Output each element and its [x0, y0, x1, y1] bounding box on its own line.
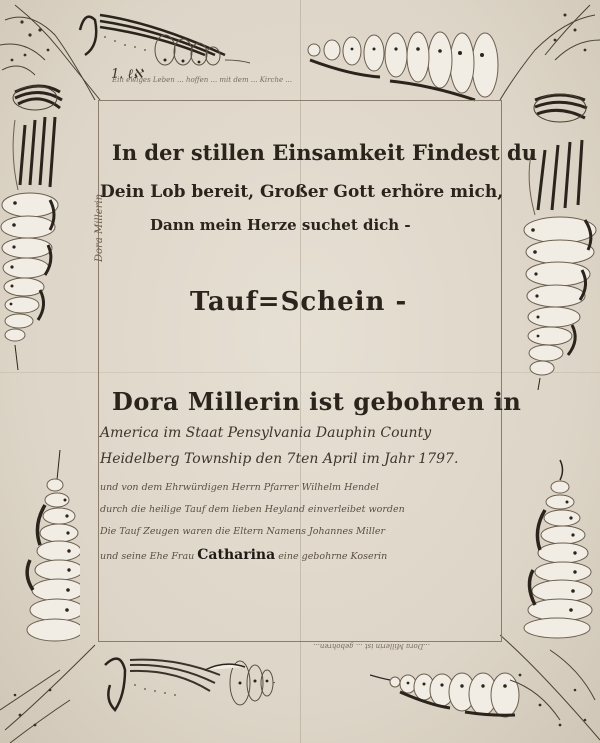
verse-line-3: Dann mein Herze suchet dich -	[150, 216, 530, 234]
record-line-6-before: und seine Ehe Frau	[100, 551, 194, 562]
record-line-5: Die Tauf Zeugen waren die Eltern Namens …	[100, 526, 495, 537]
right-lower-shell-flourish-icon	[505, 455, 600, 645]
left-upper-quill-flourish-icon	[0, 105, 70, 375]
document-title: Tauf=Schein -	[190, 287, 407, 317]
bottom-right-corner-flourish-icon	[500, 630, 600, 743]
record-line-6-after: eine gebohrne Koserin	[278, 551, 387, 562]
bottom-left-quill-flourish-icon	[85, 645, 275, 725]
mother-name: Catharina	[197, 547, 275, 563]
top-right-shell-flourish-icon	[300, 15, 500, 105]
record-line-1: America im Staat Pensylvania Dauphin Cou…	[100, 425, 495, 441]
bottom-left-corner-flourish-icon	[0, 620, 100, 743]
top-right-corner-flourish-icon	[495, 0, 600, 140]
record-line-3: und von dem Ehrwürdigen Herrn Pfarrer Wi…	[100, 482, 495, 493]
footer-faint-line: ...Dora Millerin ist ... gebohren...	[180, 642, 430, 650]
top-left-quill-flourish-icon	[65, 5, 255, 70]
record-line-4: durch die heilige Tauf dem lieben Heylan…	[100, 504, 495, 515]
header-faint-line: Ein ewiges Leben ... hoffen ... mit dem …	[112, 76, 442, 84]
side-margin-note: Dora Millerin	[94, 194, 105, 262]
birth-name-line: Dora Millerin ist gebohren in	[112, 387, 502, 416]
verse-line-2: Dein Lob bereit, Großer Gott erhöre mich…	[100, 182, 480, 202]
verse-line-1: In der stillen Einsamkeit Findest du	[112, 140, 492, 165]
record-line-6: und seine Ehe Frau Catharina eine gebohr…	[100, 547, 495, 563]
record-line-2: Heidelberg Township den 7ten April im Ja…	[100, 451, 495, 467]
